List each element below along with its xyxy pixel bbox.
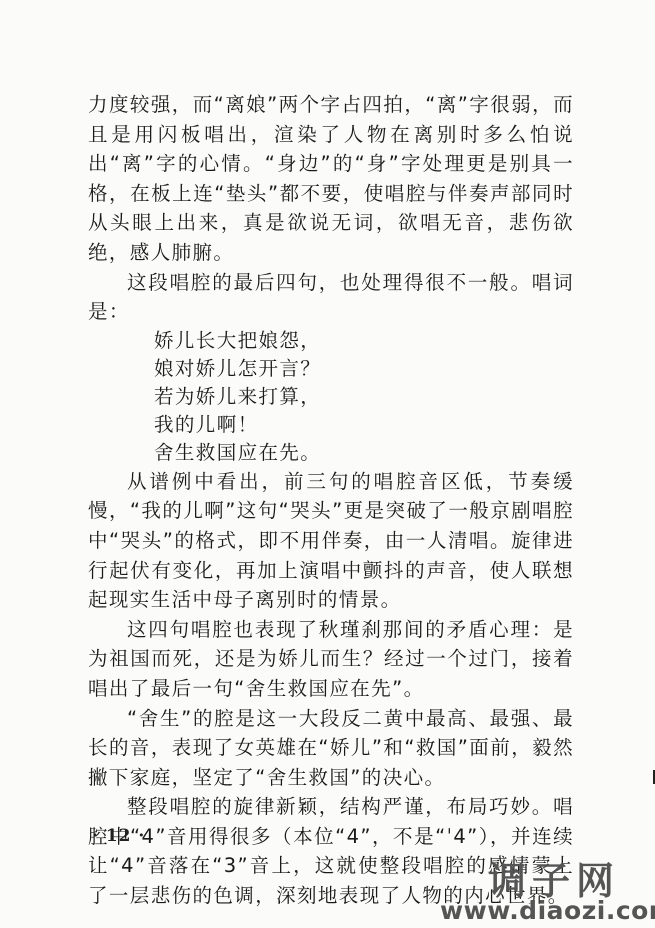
watermark-url: www.diaozi.com (440, 896, 655, 925)
document-body: 力度较强，而“离娘”两个字占四拍，“离”字很弱，而且是用闪板唱出，渲染了人物在离… (88, 90, 574, 911)
page-number: · 12 · (92, 826, 145, 846)
paragraph-4: 这四句唱腔也表现了秋瑾刹那间的矛盾心理：是为祖国而死，还是为娇儿而生？经过一个过… (88, 615, 574, 704)
lyrics-block: 娇儿长大把娘怨， 娘对娇儿怎开言？ 若为娇儿来打算， 我的儿啊！ 舍生救国应在先… (88, 327, 574, 467)
paragraph-5: “舍生”的腔是这一大段反二黄中最高、最强、最长的音，表现了女英雄在“娇儿”和“救… (88, 704, 574, 793)
lyric-line: 娇儿长大把娘怨， (154, 327, 574, 355)
lyric-line: 娘对娇儿怎开言？ (154, 355, 574, 383)
paragraph-1: 力度较强，而“离娘”两个字占四拍，“离”字很弱，而且是用闪板唱出，渲染了人物在离… (88, 90, 574, 268)
paragraph-3: 从谱例中看出，前三句的唱腔音区低，节奏缓慢，“我的儿啊”这句“哭头”更是突破了一… (88, 467, 574, 615)
lyric-line: 我的儿啊！ (154, 411, 574, 439)
lyric-line: 舍生救国应在先。 (154, 439, 574, 467)
lyric-line: 若为娇儿来打算， (154, 383, 574, 411)
paragraph-2: 这段唱腔的最后四句，也处理得很不一般。唱词是： (88, 268, 574, 327)
